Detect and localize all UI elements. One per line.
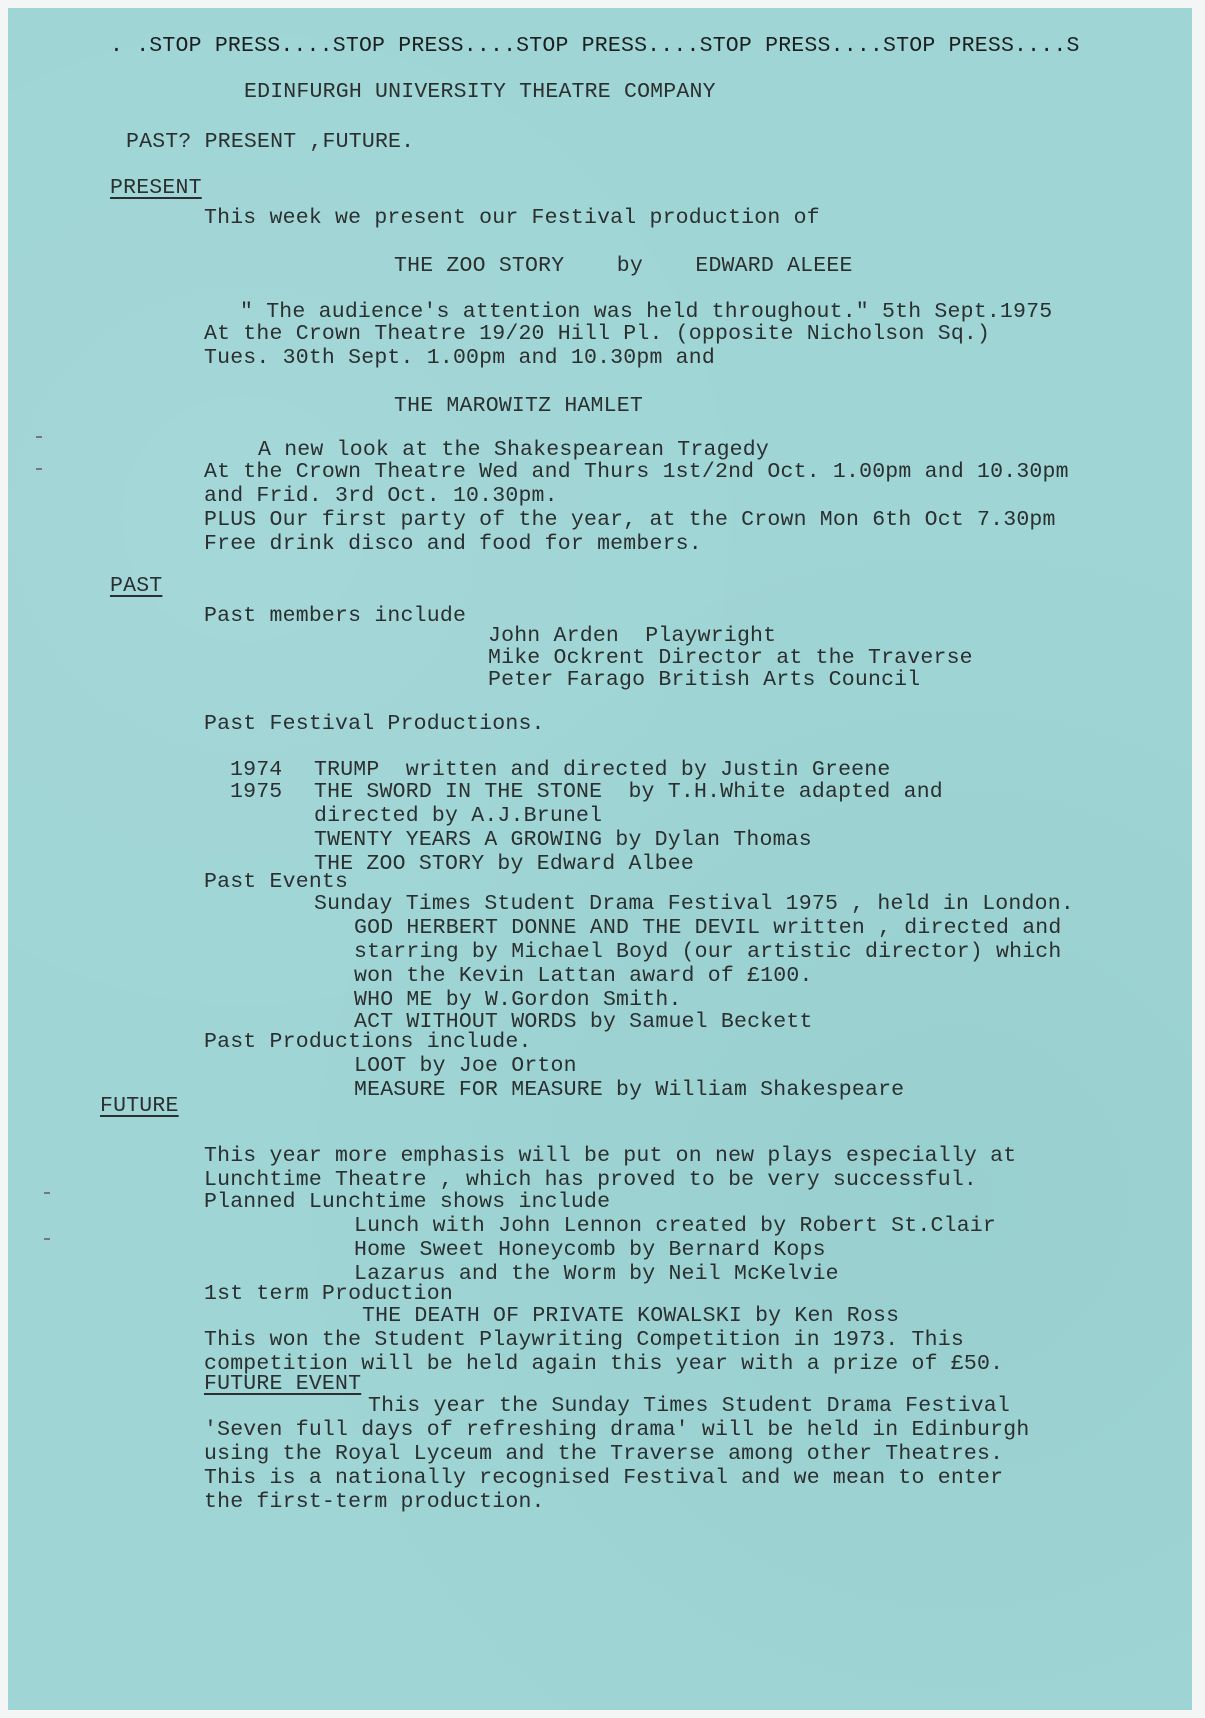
first-term-production: THE DEATH OF PRIVATE KOWALSKI by Ken Ros…: [362, 1304, 899, 1328]
future-paragraph: This year more emphasis will be put on n…: [204, 1144, 1016, 1168]
hamlet-venue: At the Crown Theatre Wed and Thurs 1st/2…: [204, 460, 1069, 484]
past-production: LOOT by Joe Orton: [354, 1054, 577, 1078]
festival-production: THE ZOO STORY by Edward Albee: [314, 852, 694, 876]
festival-year: 1974: [230, 758, 282, 782]
festival-production: TWENTY YEARS A GROWING by Dylan Thomas: [314, 828, 812, 852]
competition-text: This won the Student Playwriting Competi…: [204, 1328, 964, 1352]
organization-title: EDINFURGH UNIVERSITY THEATRE COMPANY: [244, 80, 716, 104]
past-events-label: Past Events: [204, 870, 348, 894]
stop-press-banner: . .STOP PRESS....STOP PRESS....STOP PRES…: [110, 34, 1080, 58]
festival-production: THE SWORD IN THE STONE by T.H.White adap…: [314, 780, 943, 804]
future-event-text: This year the Sunday Times Student Drama…: [368, 1394, 1010, 1418]
festival-production: TRUMP written and directed by Justin Gre…: [314, 758, 891, 782]
past-event: GOD HERBERT DONNE AND THE DEVIL written …: [354, 916, 1062, 940]
future-event-text: the first-term production.: [204, 1490, 545, 1514]
first-term-label: 1st term Production: [204, 1282, 453, 1306]
past-festival-label: Past Festival Productions.: [204, 712, 545, 736]
past-events-intro: Sunday Times Student Drama Festival 1975…: [314, 892, 1074, 916]
past-productions-label: Past Productions include.: [204, 1030, 532, 1054]
section-heading-past: PAST: [110, 574, 162, 598]
zoo-story-venue: At the Crown Theatre 19/20 Hill Pl. (opp…: [204, 322, 990, 346]
festival-year: 1975: [230, 780, 282, 804]
past-member: Peter Farago British Arts Council: [488, 668, 920, 692]
future-event-text: This is a nationally recognised Festival…: [204, 1466, 1003, 1490]
party-detail: Free drink disco and food for members.: [204, 532, 702, 556]
past-event: won the Kevin Lattan award of £100.: [354, 964, 813, 988]
past-event: starring by Michael Boyd (our artistic d…: [354, 940, 1062, 964]
past-member: John Arden Playwright: [488, 624, 776, 648]
lunchtime-show: Lunch with John Lennon created by Robert…: [354, 1214, 996, 1238]
hamlet-tagline: A new look at the Shakespearean Tragedy: [258, 438, 769, 462]
lunchtime-show: Home Sweet Honeycomb by Bernard Kops: [354, 1238, 826, 1262]
past-production: MEASURE FOR MEASURE by William Shakespea…: [354, 1078, 904, 1102]
past-members-label: Past members include: [204, 604, 466, 628]
future-event-text: 'Seven full days of refreshing drama' wi…: [204, 1418, 1029, 1442]
future-paragraph: Lunchtime Theatre , which has proved to …: [204, 1168, 977, 1192]
hamlet-times: and Frid. 3rd Oct. 10.30pm.: [204, 484, 558, 508]
festival-production: directed by A.J.Brunel: [314, 804, 602, 828]
present-intro: This week we present our Festival produc…: [204, 206, 820, 230]
edge-mark: [44, 1192, 50, 1194]
future-event-heading: FUTURE EVENT: [204, 1372, 361, 1396]
edge-mark: [36, 436, 42, 438]
past-event: WHO ME by W.Gordon Smith.: [354, 988, 682, 1012]
production-title-hamlet: THE MAROWITZ HAMLET: [394, 394, 643, 418]
zoo-story-times: Tues. 30th Sept. 1.00pm and 10.30pm and: [204, 346, 715, 370]
future-event-text: using the Royal Lyceum and the Traverse …: [204, 1442, 1003, 1466]
section-heading-future: FUTURE: [100, 1094, 179, 1118]
section-heading-present: PRESENT: [110, 176, 202, 200]
party-announcement: PLUS Our first party of the year, at the…: [204, 508, 1056, 532]
production-title-zoo-story: THE ZOO STORY by EDWARD ALEEE: [394, 254, 853, 278]
review-quote: " The audience's attention was held thro…: [240, 300, 1052, 324]
edge-mark: [36, 468, 42, 470]
past-member: Mike Ockrent Director at the Traverse: [488, 646, 973, 670]
document-subtitle: PAST? PRESENT ,FUTURE.: [126, 130, 414, 154]
edge-mark: [44, 1238, 50, 1240]
future-paragraph: Planned Lunchtime shows include: [204, 1190, 610, 1214]
